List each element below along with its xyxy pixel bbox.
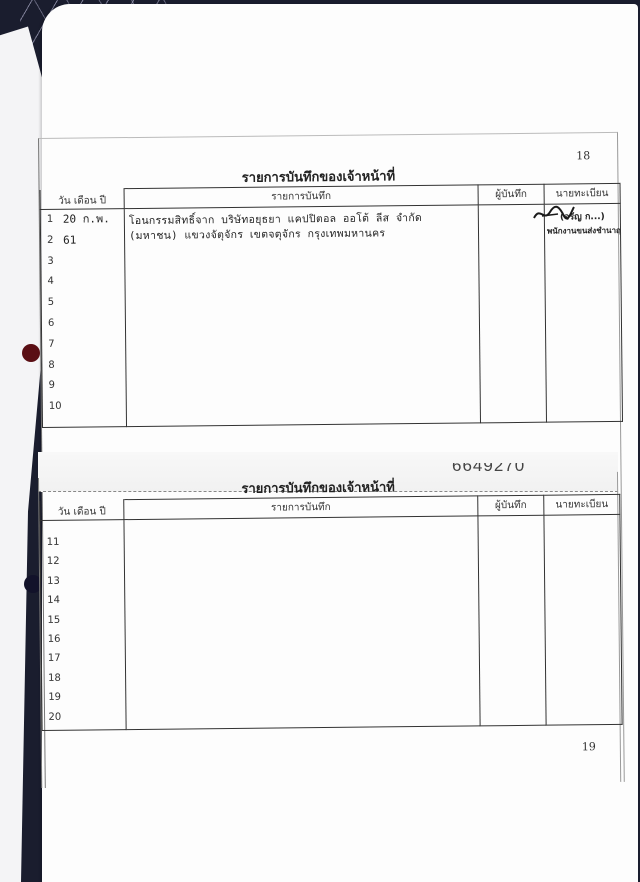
table-row: 12 [41,551,124,571]
entry-text: โอนกรรมสิทธิ์จาก บริษัทอยุธยา แคปปิตอล อ… [125,205,478,249]
header-recorder: ผู้บันทึก [478,184,544,205]
table-row: 14 [41,590,124,610]
table-row: 15 [41,610,124,630]
row-numbers: 120 ก.พ. 61 2 3 4 5 6 7 8 9 10 [40,209,126,428]
entry-cell [124,516,480,730]
header-date: วัน เดือน ปี [40,500,124,521]
table-row: 7 [42,334,125,356]
table-row: 11 [41,532,124,552]
table-row: 3 [41,251,124,273]
table-row: 20 [42,707,125,727]
table-row: 19 [42,687,125,707]
header-date: วัน เดือน ปี [40,189,124,210]
registrar-cell: (จรัญ ก...) พนักงานขนส่งชำนาญงาน [544,203,622,422]
page-number-top: 18 [576,149,590,162]
recorder-cell [478,204,546,423]
table-row: 16 [42,629,125,649]
recorder-cell [478,515,546,726]
page-number-bottom: 19 [582,740,596,753]
punch-hole-top [22,344,40,362]
header-registrar: นายทะเบียน [544,494,620,515]
table-row: 8 [42,355,125,377]
signature-icon [530,204,576,224]
header-registrar: นายทะเบียน [544,183,620,204]
table-row: 18 [42,668,125,688]
table-row: 13 [41,571,124,591]
registration-sheet-lower: รายการบันทึกของเจ้าหน้าที่ วัน เดือน ปี … [38,472,621,788]
table-row: 5 [42,292,125,314]
header-recorder: ผู้บันทึก [478,495,544,516]
entry-cell: โอนกรรมสิทธิ์จาก บริษัทอยุธยา แคปปิตอล อ… [124,205,480,427]
table-row: 4 [41,271,124,293]
row-numbers: 11 12 13 14 15 16 17 18 19 20 [40,520,126,731]
table-row: 120 ก.พ. 61 [41,209,124,231]
table-row: 17 [42,648,125,668]
registrar-title: พนักงานขนส่งชำนาญงาน [547,224,618,239]
bottom-record-table: วัน เดือน ปี รายการบันทึก ผู้บันทึก นายท… [39,494,622,731]
table-row: 9 [42,375,125,397]
table-row: 6 [42,313,125,335]
registrar-cell [544,514,622,725]
table-row: 10 [43,396,126,418]
table-row: 2 [41,230,124,252]
